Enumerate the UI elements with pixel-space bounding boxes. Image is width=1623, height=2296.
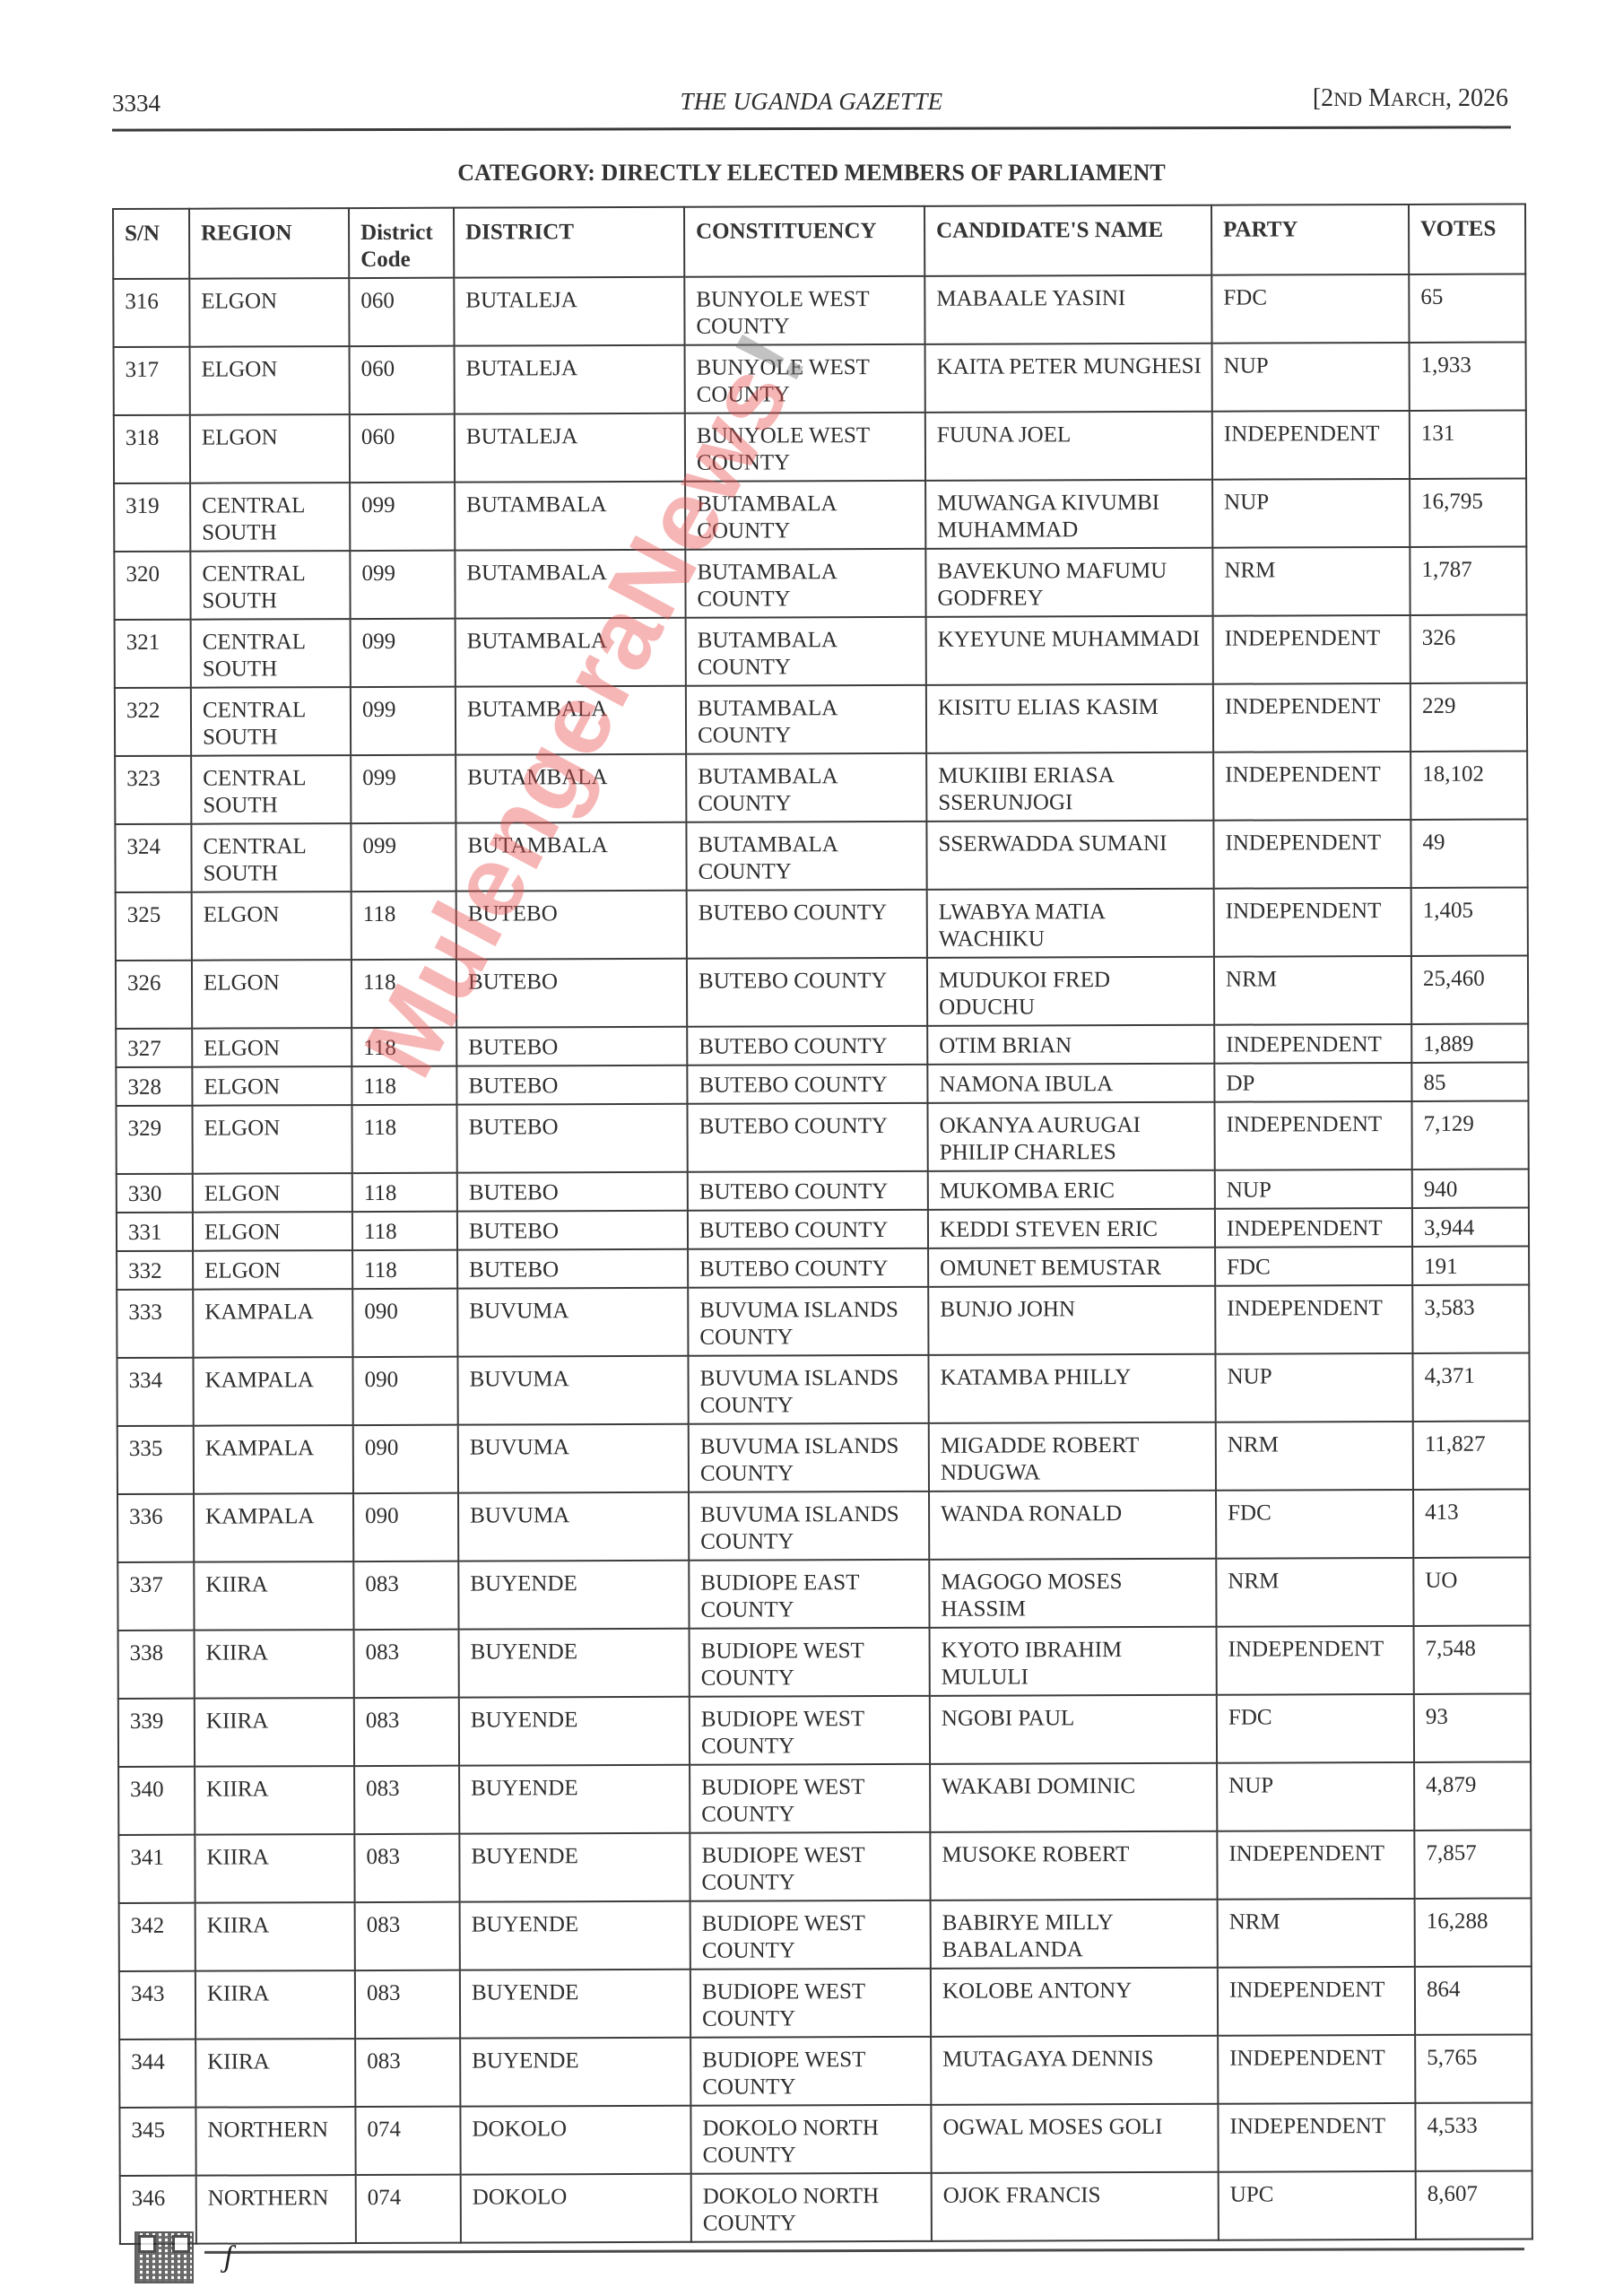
- cell-sn: 337: [117, 1562, 194, 1631]
- cell-district: BUYENDE: [459, 1833, 690, 1902]
- cell-district-code: 083: [355, 1902, 460, 1970]
- cell-candidate-name: MUKOMBA ERIC: [928, 1170, 1215, 1210]
- cell-district-code: 090: [352, 1357, 457, 1425]
- cell-votes: 8,607: [1416, 2170, 1532, 2239]
- cell-region: KAMPALA: [194, 1425, 353, 1494]
- cell-constituency: BUNYOLE WEST COUNTY: [685, 344, 925, 413]
- cell-district-code: 090: [353, 1493, 458, 1561]
- cell-district: BUVUMA: [458, 1424, 689, 1493]
- cell-district: BUTEBO: [456, 1027, 687, 1066]
- cell-district-code: 060: [349, 278, 454, 346]
- cell-party: NRM: [1218, 1899, 1415, 1968]
- table-row: 345NORTHERN074DOKOLODOKOLO NORTH COUNTYO…: [119, 2102, 1532, 2175]
- cell-constituency: BUDIOPE WEST COUNTY: [690, 1969, 931, 2038]
- cell-region: CENTRAL SOUTH: [191, 687, 351, 756]
- cell-votes: UO: [1413, 1557, 1530, 1625]
- cell-constituency: BUDIOPE WEST COUNTY: [690, 1696, 930, 1765]
- cell-district: BUYENDE: [459, 1629, 690, 1698]
- cell-sn: 333: [117, 1290, 193, 1358]
- cell-votes: 4,371: [1412, 1352, 1529, 1421]
- cell-district-code: 118: [352, 891, 456, 960]
- table-row: 318ELGON060BUTALEJABUNYOLE WEST COUNTYFU…: [114, 410, 1526, 483]
- cell-candidate-name: MUKIIBI ERIASA SSERUNJOGI: [926, 752, 1213, 822]
- cell-party: NRM: [1216, 1558, 1413, 1627]
- cell-district-code: 083: [353, 1561, 458, 1630]
- column-header-constituency: CONSTITUENCY: [684, 206, 924, 277]
- cell-region: ELGON: [192, 1028, 352, 1067]
- cell-district-code: 099: [350, 483, 455, 551]
- cell-candidate-name: NAMONA IBULA: [927, 1064, 1214, 1103]
- cell-candidate-name: BABIRYE MILLY BABALANDA: [931, 1900, 1218, 1969]
- cell-candidate-name: MUWANGA KIVUMBI MUHAMMAD: [925, 480, 1212, 549]
- cell-votes: 85: [1411, 1062, 1528, 1100]
- cell-candidate-name: OGWAL MOSES GOLI: [931, 2104, 1218, 2173]
- cell-candidate-name: LWABYA MATIA WACHIKU: [927, 889, 1214, 958]
- cell-votes: 326: [1410, 614, 1527, 683]
- cell-district: DOKOLO: [461, 2174, 691, 2243]
- cell-sn: 342: [119, 1903, 195, 1971]
- cell-votes: 191: [1412, 1246, 1529, 1284]
- cell-candidate-name: MAGOGO MOSES HASSIM: [929, 1559, 1216, 1628]
- cell-region: NORTHERN: [195, 2107, 355, 2176]
- cell-party: INDEPENDENT: [1214, 1024, 1411, 1064]
- cell-district: BUTALEJA: [455, 345, 685, 414]
- cell-district: BUTEBO: [456, 1104, 687, 1173]
- cell-district: BUTEBO: [457, 1249, 688, 1289]
- table-row: 321CENTRAL SOUTH099BUTAMBALABUTAMBALA CO…: [115, 614, 1527, 687]
- cell-candidate-name: KAITA PETER MUNGHESI: [925, 344, 1212, 413]
- table-row: 316ELGON060BUTALEJABUNYOLE WEST COUNTYMA…: [113, 274, 1525, 346]
- cell-district-code: 099: [351, 619, 456, 687]
- cell-votes: 93: [1414, 1693, 1531, 1761]
- cell-constituency: BUTEBO COUNTY: [687, 1103, 927, 1172]
- cell-constituency: BUTEBO COUNTY: [687, 890, 927, 959]
- table-row: 333KAMPALA090BUVUMABUVUMA ISLANDS COUNTY…: [117, 1284, 1529, 1357]
- cell-region: KIIRA: [194, 1561, 353, 1631]
- cell-district: BUVUMA: [457, 1288, 688, 1357]
- cell-district-code: 074: [356, 2175, 461, 2243]
- cell-votes: 49: [1410, 819, 1527, 887]
- cell-votes: 18,102: [1410, 751, 1527, 819]
- table-row: 334KAMPALA090BUVUMABUVUMA ISLANDS COUNTY…: [117, 1352, 1529, 1425]
- cell-constituency: BUVUMA ISLANDS COUNTY: [688, 1287, 928, 1356]
- cell-district-code: 118: [352, 1105, 456, 1173]
- cell-district-code: 099: [351, 823, 456, 891]
- cell-party: INDEPENDENT: [1213, 752, 1410, 821]
- cell-constituency: BUTAMBALA COUNTY: [686, 685, 926, 754]
- cell-district: BUTEBO: [457, 1211, 688, 1250]
- cell-district-code: 118: [352, 1066, 456, 1105]
- table-row: 344KIIRA083BUYENDEBUDIOPE WEST COUNTYMUT…: [119, 2034, 1532, 2107]
- cell-party: INDEPENDENT: [1214, 1101, 1411, 1170]
- gazette-date: [2ND MARCH, 2026: [1313, 84, 1508, 113]
- table-row: 322CENTRAL SOUTH099BUTAMBALABUTAMBALA CO…: [115, 683, 1527, 755]
- cell-candidate-name: OMUNET BEMUSTAR: [928, 1248, 1215, 1287]
- results-table: S/N REGION District Code DISTRICT CONSTI…: [112, 203, 1533, 2244]
- cell-constituency: BUTAMBALA COUNTY: [685, 549, 925, 618]
- cell-candidate-name: KYOTO IBRAHIM MULULI: [930, 1627, 1217, 1696]
- cell-district: BUTEBO: [456, 891, 687, 960]
- cell-region: ELGON: [193, 1250, 352, 1290]
- cell-votes: 4,533: [1415, 2102, 1532, 2170]
- cell-district: BUTAMBALA: [456, 618, 686, 687]
- table-header-row: S/N REGION District Code DISTRICT CONSTI…: [113, 204, 1525, 278]
- cell-sn: 334: [117, 1358, 193, 1426]
- cell-region: ELGON: [192, 891, 352, 961]
- cell-sn: 320: [114, 552, 190, 620]
- column-header-region: REGION: [189, 208, 349, 279]
- cell-constituency: BUVUMA ISLANDS COUNTY: [688, 1355, 928, 1424]
- cell-district: BUTAMBALA: [455, 550, 685, 619]
- cell-sn: 318: [114, 415, 190, 483]
- cell-candidate-name: WANDA RONALD: [929, 1491, 1216, 1560]
- cell-sn: 319: [114, 483, 190, 552]
- cell-constituency: BUDIOPE WEST COUNTY: [690, 1832, 930, 1901]
- column-header-party: PARTY: [1211, 204, 1409, 275]
- table-row: 331ELGON118BUTEBOBUTEBO COUNTYKEDDI STEV…: [117, 1207, 1529, 1250]
- cell-votes: 229: [1410, 683, 1527, 751]
- cell-district: BUYENDE: [460, 2038, 690, 2107]
- category-title: CATEGORY: DIRECTLY ELECTED MEMBERS OF PA…: [0, 160, 1623, 187]
- cell-constituency: BUTAMBALA COUNTY: [685, 481, 925, 550]
- cell-party: NUP: [1217, 1762, 1414, 1831]
- cell-sn: 326: [116, 961, 192, 1029]
- cell-district-code: 090: [353, 1425, 458, 1493]
- cell-sn: 335: [117, 1426, 194, 1494]
- column-header-district: DISTRICT: [454, 207, 684, 278]
- cell-votes: 3,944: [1412, 1207, 1529, 1246]
- cell-district: BUTEBO: [456, 959, 687, 1028]
- cell-constituency: DOKOLO NORTH COUNTY: [691, 2173, 932, 2242]
- cell-votes: 413: [1413, 1489, 1530, 1557]
- cell-votes: 940: [1412, 1169, 1529, 1207]
- cell-constituency: BUTEBO COUNTY: [687, 1065, 927, 1104]
- cell-district: BUYENDE: [459, 1697, 690, 1766]
- cell-sn: 322: [115, 688, 191, 756]
- table-row: 330ELGON118BUTEBOBUTEBO COUNTYMUKOMBA ER…: [117, 1169, 1529, 1212]
- cell-votes: 25,460: [1411, 955, 1528, 1023]
- cell-candidate-name: BAVEKUNO MAFUMU GODFREY: [925, 548, 1212, 617]
- cell-party: INDEPENDENT: [1217, 1831, 1414, 1900]
- cell-region: KAMPALA: [193, 1357, 352, 1426]
- table-row: 319CENTRAL SOUTH099BUTAMBALABUTAMBALA CO…: [114, 478, 1526, 551]
- table-row: 342KIIRA083BUYENDEBUDIOPE WEST COUNTYBAB…: [119, 1898, 1532, 1970]
- cell-candidate-name: KATAMBA PHILLY: [928, 1354, 1215, 1423]
- cell-district-code: 083: [355, 1970, 460, 2039]
- cell-sn: 325: [116, 892, 192, 961]
- cell-votes: 4,879: [1414, 1761, 1531, 1830]
- cell-region: KIIRA: [195, 2039, 355, 2108]
- cell-votes: 3,583: [1412, 1284, 1529, 1352]
- cell-party: NUP: [1215, 1170, 1412, 1209]
- table-row: 328ELGON118BUTEBOBUTEBO COUNTYNAMONA IBU…: [116, 1062, 1528, 1105]
- cell-constituency: BUTAMBALA COUNTY: [686, 753, 926, 822]
- cell-region: CENTRAL SOUTH: [191, 619, 351, 688]
- cell-sn: 332: [117, 1251, 193, 1290]
- cell-region: KIIRA: [195, 1902, 355, 1971]
- cell-candidate-name: MABAALE YASINI: [924, 275, 1211, 344]
- cell-district-code: 083: [354, 1630, 459, 1698]
- cell-district-code: 060: [350, 414, 455, 483]
- cell-votes: 11,827: [1413, 1421, 1530, 1489]
- cell-constituency: BUVUMA ISLANDS COUNTY: [689, 1492, 929, 1561]
- cell-sn: 329: [116, 1106, 192, 1174]
- cell-candidate-name: OTIM BRIAN: [927, 1025, 1214, 1065]
- cell-district-code: 118: [352, 1173, 457, 1212]
- cell-party: FDC: [1217, 1694, 1414, 1763]
- cell-district-code: 090: [352, 1289, 457, 1357]
- cell-constituency: BUDIOPE WEST COUNTY: [690, 1628, 930, 1697]
- cell-constituency: BUTAMBALA COUNTY: [686, 822, 926, 891]
- cell-district-code: 118: [352, 1250, 457, 1289]
- cell-district-code: 099: [350, 551, 455, 619]
- cell-party: INDEPENDENT: [1215, 1285, 1412, 1354]
- cell-district: BUTAMBALA: [456, 754, 686, 823]
- cell-constituency: BUTEBO COUNTY: [687, 1026, 927, 1065]
- cell-district-code: 118: [352, 960, 456, 1028]
- cell-candidate-name: NGOBI PAUL: [930, 1695, 1217, 1764]
- cell-votes: 65: [1409, 274, 1525, 342]
- cell-sn: 338: [118, 1631, 195, 1699]
- column-header-district-code: District Code: [349, 208, 454, 278]
- table-row: 320CENTRAL SOUTH099BUTAMBALABUTAMBALA CO…: [114, 546, 1526, 619]
- cell-votes: 7,857: [1414, 1830, 1531, 1898]
- cell-sn: 341: [118, 1835, 195, 1903]
- cell-sn: 323: [115, 756, 191, 824]
- cell-district: BUTAMBALA: [456, 822, 686, 891]
- table-row: 332ELGON118BUTEBOBUTEBO COUNTYOMUNET BEM…: [117, 1246, 1529, 1289]
- cell-votes: 864: [1415, 1966, 1532, 2034]
- cell-party: INDEPENDENT: [1213, 615, 1410, 684]
- cell-region: NORTHERN: [196, 2175, 356, 2244]
- cell-region: CENTRAL SOUTH: [191, 823, 351, 892]
- cell-party: FDC: [1211, 274, 1409, 344]
- cell-candidate-name: MUDUKOI FRED ODUCHU: [927, 957, 1214, 1026]
- signature-mark: ʃ: [224, 2240, 233, 2274]
- results-table-container: S/N REGION District Code DISTRICT CONSTI…: [112, 204, 1532, 2245]
- cell-candidate-name: FUUNA JOEL: [925, 412, 1212, 481]
- cell-sn: 345: [119, 2108, 195, 2176]
- cell-constituency: BUTEBO COUNTY: [687, 958, 927, 1027]
- cell-sn: 344: [119, 2039, 195, 2108]
- cell-party: UPC: [1219, 2171, 1416, 2240]
- cell-constituency: BUTAMBALA COUNTY: [686, 617, 926, 686]
- cell-district: DOKOLO: [460, 2106, 690, 2175]
- table-row: 339KIIRA083BUYENDEBUDIOPE WEST COUNTYNGO…: [118, 1693, 1531, 1766]
- cell-sn: 327: [116, 1029, 192, 1067]
- cell-party: INDEPENDENT: [1218, 1967, 1415, 2036]
- cell-district-code: 074: [355, 2107, 460, 2175]
- cell-constituency: BUDIOPE EAST COUNTY: [689, 1560, 929, 1629]
- cell-candidate-name: KEDDI STEVEN ERIC: [928, 1209, 1215, 1248]
- cell-candidate-name: MUTAGAYA DENNIS: [931, 2036, 1218, 2105]
- results-table-body: 316ELGON060BUTALEJABUNYOLE WEST COUNTYMA…: [113, 274, 1532, 2243]
- cell-district: BUYENDE: [459, 1765, 690, 1834]
- cell-constituency: BUDIOPE WEST COUNTY: [690, 2037, 931, 2106]
- cell-party: INDEPENDENT: [1218, 2103, 1415, 2172]
- cell-candidate-name: KISITU ELIAS KASIM: [926, 684, 1213, 753]
- cell-region: KIIRA: [195, 1698, 354, 1767]
- cell-party: INDEPENDENT: [1215, 1208, 1412, 1248]
- cell-party: FDC: [1216, 1490, 1413, 1559]
- header-rule: [112, 126, 1511, 131]
- cell-region: KAMPALA: [194, 1493, 353, 1562]
- cell-votes: 5,765: [1415, 2034, 1532, 2102]
- cell-votes: 1,889: [1411, 1023, 1528, 1062]
- cell-sn: 330: [117, 1174, 193, 1213]
- cell-constituency: BUTEBO COUNTY: [688, 1210, 928, 1249]
- cell-district: BUTEBO: [457, 1172, 688, 1212]
- table-row: 335KAMPALA090BUVUMABUVUMA ISLANDS COUNTY…: [117, 1421, 1530, 1493]
- cell-party: NUP: [1212, 479, 1410, 548]
- cell-constituency: BUDIOPE WEST COUNTY: [690, 1900, 931, 1970]
- cell-constituency: BUNYOLE WEST COUNTY: [684, 276, 924, 345]
- cell-party: NUP: [1215, 1353, 1412, 1422]
- cell-votes: 1,933: [1410, 342, 1526, 410]
- cell-votes: 16,795: [1410, 478, 1526, 546]
- cell-constituency: BUNYOLE WEST COUNTY: [685, 413, 925, 482]
- footer-rule: [204, 2248, 1524, 2254]
- cell-region: CENTRAL SOUTH: [191, 755, 351, 824]
- cell-candidate-name: KYEYUNE MUHAMMADI: [926, 616, 1213, 685]
- cell-region: ELGON: [190, 346, 350, 415]
- cell-sn: 328: [116, 1067, 192, 1106]
- cell-votes: 7,548: [1414, 1625, 1531, 1693]
- cell-votes: 131: [1410, 410, 1526, 478]
- cell-region: KIIRA: [195, 1766, 354, 1835]
- cell-region: ELGON: [192, 1105, 352, 1174]
- cell-region: ELGON: [192, 960, 352, 1029]
- cell-district-code: 060: [350, 346, 455, 414]
- table-row: 317ELGON060BUTALEJABUNYOLE WEST COUNTYKA…: [114, 342, 1526, 414]
- cell-party: NUP: [1212, 343, 1410, 412]
- cell-candidate-name: SSERWADDA SUMANI: [926, 821, 1213, 890]
- cell-district-code: 083: [354, 1834, 459, 1902]
- cell-candidate-name: BUNJO JOHN: [928, 1286, 1215, 1355]
- table-row: 336KAMPALA090BUVUMABUVUMA ISLANDS COUNTY…: [117, 1489, 1530, 1561]
- table-row: 338KIIRA083BUYENDEBUDIOPE WEST COUNTYKYO…: [118, 1625, 1531, 1698]
- cell-region: ELGON: [193, 1173, 352, 1213]
- cell-sn: 343: [119, 1971, 195, 2039]
- column-header-candidate-name: CANDIDATE'S NAME: [924, 205, 1211, 276]
- table-row: 341KIIRA083BUYENDEBUDIOPE WEST COUNTYMUS…: [118, 1830, 1531, 1902]
- cell-district: BUTALEJA: [455, 413, 685, 483]
- table-row: 324CENTRAL SOUTH099BUTAMBALABUTAMBALA CO…: [115, 819, 1527, 891]
- table-row: 325ELGON118BUTEBOBUTEBO COUNTYLWABYA MAT…: [116, 887, 1528, 960]
- cell-constituency: DOKOLO NORTH COUNTY: [690, 2105, 931, 2174]
- cell-sn: 316: [113, 279, 189, 347]
- cell-party: INDEPENDENT: [1212, 411, 1410, 480]
- cell-region: ELGON: [193, 1212, 352, 1251]
- cell-district-code: 118: [352, 1212, 457, 1250]
- cell-party: INDEPENDENT: [1218, 2035, 1415, 2104]
- column-header-votes: VOTES: [1409, 204, 1525, 274]
- cell-region: CENTRAL SOUTH: [190, 483, 350, 552]
- cell-party: INDEPENDENT: [1213, 820, 1410, 889]
- cell-party: DP: [1214, 1063, 1411, 1102]
- table-row: 327ELGON118BUTEBOBUTEBO COUNTYOTIM BRIAN…: [116, 1023, 1528, 1066]
- cell-region: ELGON: [190, 414, 350, 483]
- cell-party: INDEPENDENT: [1214, 888, 1411, 957]
- cell-region: ELGON: [189, 278, 349, 347]
- cell-district: BUTALEJA: [454, 277, 684, 346]
- cell-votes: 7,129: [1411, 1100, 1528, 1169]
- cell-constituency: BUDIOPE WEST COUNTY: [690, 1764, 930, 1833]
- cell-sn: 331: [117, 1213, 193, 1251]
- table-row: 337KIIRA083BUYENDEBUDIOPE EAST COUNTYMAG…: [117, 1557, 1530, 1630]
- cell-candidate-name: OKANYA AURUGAI PHILIP CHARLES: [927, 1102, 1214, 1171]
- cell-district: BUYENDE: [460, 1970, 690, 2039]
- cell-district-code: 083: [354, 1698, 459, 1766]
- table-row: 326ELGON118BUTEBOBUTEBO COUNTYMUDUKOI FR…: [116, 955, 1528, 1028]
- cell-region: ELGON: [192, 1066, 352, 1106]
- cell-constituency: BUVUMA ISLANDS COUNTY: [689, 1423, 929, 1492]
- cell-district: BUTEBO: [456, 1065, 687, 1105]
- cell-district-code: 083: [355, 2039, 460, 2107]
- cell-district: BUVUMA: [457, 1356, 688, 1425]
- cell-district: BUTAMBALA: [456, 686, 686, 755]
- cell-district-code: 083: [354, 1766, 459, 1834]
- cell-sn: 340: [118, 1767, 195, 1835]
- cell-district: BUYENDE: [460, 1901, 690, 1970]
- qr-code-icon: [135, 2231, 194, 2283]
- table-row: 340KIIRA083BUYENDEBUDIOPE WEST COUNTYWAK…: [118, 1761, 1531, 1834]
- cell-party: NRM: [1216, 1422, 1413, 1491]
- cell-district-code: 099: [351, 755, 456, 823]
- cell-sn: 321: [115, 620, 191, 688]
- cell-district: BUYENDE: [458, 1561, 689, 1630]
- table-row: 323CENTRAL SOUTH099BUTAMBALABUTAMBALA CO…: [115, 751, 1527, 823]
- cell-votes: 16,288: [1415, 1898, 1532, 1966]
- cell-sn: 317: [114, 347, 190, 415]
- cell-sn: 336: [117, 1494, 194, 1562]
- cell-votes: 1,787: [1410, 546, 1526, 614]
- cell-party: NRM: [1212, 547, 1410, 616]
- cell-sn: 339: [118, 1699, 195, 1767]
- cell-district: BUVUMA: [458, 1492, 689, 1561]
- cell-candidate-name: WAKABI DOMINIC: [930, 1763, 1217, 1832]
- cell-region: KIIRA: [195, 1970, 355, 2039]
- cell-district-code: 099: [351, 687, 456, 755]
- cell-region: KIIRA: [195, 1834, 354, 1903]
- cell-party: NRM: [1214, 956, 1411, 1025]
- cell-region: KAMPALA: [193, 1289, 352, 1358]
- cell-district-code: 118: [352, 1028, 456, 1066]
- cell-party: INDEPENDENT: [1213, 683, 1410, 752]
- cell-sn: 324: [115, 824, 191, 892]
- column-header-sn: S/N: [113, 209, 189, 279]
- cell-candidate-name: MIGADDE ROBERT NDUGWA: [929, 1422, 1216, 1492]
- cell-region: KIIRA: [195, 1630, 354, 1699]
- table-row: 343KIIRA083BUYENDEBUDIOPE WEST COUNTYKOL…: [119, 1966, 1532, 2039]
- cell-constituency: BUTEBO COUNTY: [688, 1171, 928, 1211]
- cell-district: BUTAMBALA: [455, 482, 685, 551]
- cell-candidate-name: OJOK FRANCIS: [932, 2172, 1219, 2241]
- cell-region: CENTRAL SOUTH: [190, 551, 350, 620]
- cell-candidate-name: MUSOKE ROBERT: [930, 1831, 1217, 1900]
- cell-party: INDEPENDENT: [1217, 1626, 1414, 1695]
- cell-votes: 1,405: [1411, 887, 1528, 955]
- table-row: 329ELGON118BUTEBOBUTEBO COUNTYOKANYA AUR…: [116, 1100, 1528, 1173]
- cell-constituency: BUTEBO COUNTY: [688, 1248, 928, 1288]
- cell-party: FDC: [1215, 1247, 1412, 1286]
- cell-candidate-name: KOLOBE ANTONY: [931, 1968, 1218, 2037]
- table-row: 346NORTHERN074DOKOLODOKOLO NORTH COUNTYO…: [120, 2170, 1532, 2243]
